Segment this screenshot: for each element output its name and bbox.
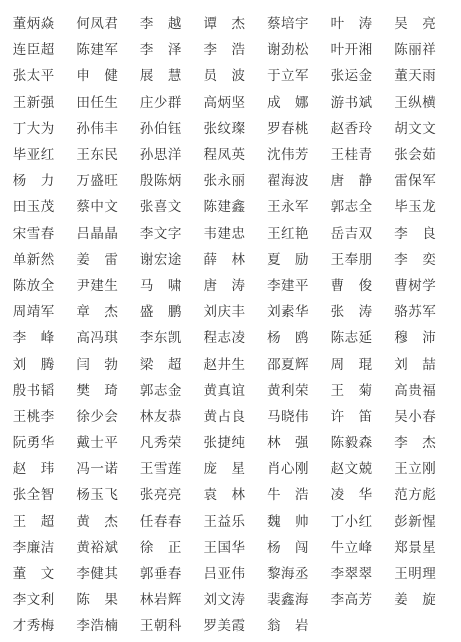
person-name: 周靖军 [2,300,66,320]
person-name: 李 杰 [383,431,447,451]
person-name: 夏 励 [256,248,320,268]
person-name: 王 菊 [320,379,384,399]
person-name: 林岩辉 [129,588,193,608]
person-name: 陈丽祥 [383,38,447,58]
person-name: 曹 俊 [320,274,384,294]
person-name: 黄裕斌 [66,536,130,556]
person-name: 黄真谊 [193,379,257,399]
person-name: 程凤英 [193,143,257,163]
person-name: 刘 喆 [383,353,447,373]
name-row: 丁大为孙伟丰孙伯钰张纹璨罗春桃赵香玲胡文文 [2,114,447,140]
person-name: 张亮亮 [129,483,193,503]
person-name: 王益乐 [193,510,257,530]
person-name: 宋雪春 [2,222,66,242]
person-name: 许 笛 [320,405,384,425]
person-name: 王纵横 [383,91,447,111]
person-name: 姜 雷 [66,248,130,268]
person-name: 穆 沛 [383,326,447,346]
person-name: 王明理 [383,562,447,582]
name-row: 张全智杨玉飞张亮亮袁 林牛 浩凌 华范方彪 [2,480,447,506]
person-name: 张太平 [2,64,66,84]
person-name: 韦建忠 [193,222,257,242]
person-name: 刘庆丰 [193,300,257,320]
name-row: 张太平申 健展 慧员 波于立军张运金董天雨 [2,61,447,87]
person-name: 裴鑫海 [256,588,320,608]
person-name: 单新然 [2,248,66,268]
person-name: 凌 华 [320,483,384,503]
person-name: 李东凯 [129,326,193,346]
person-name: 姜 旋 [383,588,447,608]
person-name: 闫 勃 [66,353,130,373]
person-name: 张 涛 [320,300,384,320]
person-name: 曹树学 [383,274,447,294]
person-name: 张运金 [320,64,384,84]
person-name: 李文利 [2,588,66,608]
name-row: 陈放全尹建生马 啸唐 涛李建平曹 俊曹树学 [2,271,447,297]
person-name: 雷保军 [383,169,447,189]
person-name: 魏 帅 [256,510,320,530]
person-name: 樊 琦 [66,379,130,399]
person-name: 殷书韬 [2,379,66,399]
person-name: 王永军 [256,195,320,215]
person-name: 王立刚 [383,457,447,477]
person-name: 吕亚伟 [193,562,257,582]
name-row: 宋雪春吕晶晶李文字韦建忠王红艳岳吉双李 良 [2,219,447,245]
person-name: 连臣超 [2,38,66,58]
person-name: 于立军 [256,64,320,84]
person-name: 陈放全 [2,274,66,294]
person-name: 王 超 [2,510,66,530]
person-name: 王雪莲 [129,457,193,477]
person-name: 徐 正 [129,536,193,556]
person-name: 肖心刚 [256,457,320,477]
name-row: 董 文李健其郭垂春吕亚伟黎海丞李翠翠王明理 [2,559,447,585]
person-name: 王红艳 [256,222,320,242]
person-name: 张捷纯 [193,431,257,451]
person-name: 唐 涛 [193,274,257,294]
person-name: 牛 浩 [256,483,320,503]
person-name: 李建平 [256,274,320,294]
name-row: 刘 腾闫 勃梁 超赵井生邵夏辉周 琨刘 喆 [2,349,447,375]
person-name: 谢宏途 [129,248,193,268]
person-name: 李 浩 [193,38,257,58]
person-name: 骆苏军 [383,300,447,320]
person-name: 程志凌 [193,326,257,346]
person-name: 王新强 [2,91,66,111]
person-name: 黄 杰 [66,510,130,530]
person-name: 田任生 [66,91,130,111]
person-name: 王朝科 [129,614,193,634]
person-name: 王桃李 [2,405,66,425]
person-name: 刘文涛 [193,588,257,608]
person-name: 周 琨 [320,353,384,373]
name-row: 李 峰高冯琪李东凯程志凌杨 鸥陈志延穆 沛 [2,323,447,349]
person-name: 叶 涛 [320,12,384,32]
person-name: 邵夏辉 [256,353,320,373]
person-name: 刘素华 [256,300,320,320]
person-name: 李廉洁 [2,536,66,556]
person-name: 李 峰 [2,326,66,346]
person-name: 梁 超 [129,353,193,373]
person-name: 叶开湘 [320,38,384,58]
person-name: 申 健 [66,64,130,84]
person-name: 赵 玮 [2,457,66,477]
person-name: 凡秀荣 [129,431,193,451]
person-name: 郭志全 [320,195,384,215]
person-name: 林友恭 [129,405,193,425]
person-name: 丁小红 [320,510,384,530]
name-list-page: 董炳焱何凤君李 越谭 杰蔡培宇叶 涛吴 亮连臣超陈建军李 泽李 浩谢劲松叶开湘陈… [0,0,461,642]
person-name: 张永丽 [193,169,257,189]
person-name: 张纹璨 [193,117,257,137]
person-name: 赵井生 [193,353,257,373]
person-name: 郭垂春 [129,562,193,582]
person-name: 黄占良 [193,405,257,425]
person-name: 员 波 [193,64,257,84]
person-name: 蔡培宇 [256,12,320,32]
person-name: 成 娜 [256,91,320,111]
person-name: 罗春桃 [256,117,320,137]
person-name: 岳吉双 [320,222,384,242]
name-row: 王 超黄 杰任春春王益乐魏 帅丁小红彭新惺 [2,507,447,533]
person-name: 郑景星 [383,536,447,556]
person-name: 谢劲松 [256,38,320,58]
person-name: 李 奕 [383,248,447,268]
person-name: 殷陈炳 [129,169,193,189]
person-name: 尹建生 [66,274,130,294]
person-name: 孙伟丰 [66,117,130,137]
person-name: 李高芳 [320,588,384,608]
person-name: 赵文兢 [320,457,384,477]
person-name: 唐 静 [320,169,384,189]
name-row: 李廉洁黄裕斌徐 正王国华杨 闯牛立峰郑景星 [2,533,447,559]
name-row: 连臣超陈建军李 泽李 浩谢劲松叶开湘陈丽祥 [2,35,447,61]
person-name: 杨 闯 [256,536,320,556]
person-name: 杨 力 [2,169,66,189]
person-name: 李浩楠 [66,614,130,634]
person-name: 庞 星 [193,457,257,477]
person-name: 彭新惺 [383,510,447,530]
name-row: 阮勇华戴士平凡秀荣张捷纯林 强陈毅森李 杰 [2,428,447,454]
person-name: 徐少会 [66,405,130,425]
person-name: 蔡中文 [66,195,130,215]
person-name: 阮勇华 [2,431,66,451]
name-row: 才秀梅李浩楠王朝科罗美霞翁 岩 [2,611,447,637]
person-name: 毕亚红 [2,143,66,163]
person-name: 罗美霞 [193,614,257,634]
person-name: 吕晶晶 [66,222,130,242]
person-name: 陈毅森 [320,431,384,451]
person-name: 何凤君 [66,12,130,32]
name-row: 田玉茂蔡中文张喜文陈建鑫王永军郭志全毕玉龙 [2,192,447,218]
person-name: 吴小春 [383,405,447,425]
person-name: 牛立峰 [320,536,384,556]
person-name: 万盛旺 [66,169,130,189]
person-name: 翟海波 [256,169,320,189]
person-name: 丁大为 [2,117,66,137]
person-name: 董天雨 [383,64,447,84]
person-name: 马晓伟 [256,405,320,425]
person-name: 李 良 [383,222,447,242]
person-name: 胡文文 [383,117,447,137]
name-row: 殷书韬樊 琦郭志金黄真谊黄利荣王 菊高贵福 [2,376,447,402]
person-name: 马 啸 [129,274,193,294]
person-name: 高炳坚 [193,91,257,111]
person-name: 黄利荣 [256,379,320,399]
person-name: 郭志金 [129,379,193,399]
person-name: 袁 林 [193,483,257,503]
person-name: 杨 鸥 [256,326,320,346]
person-name: 游书斌 [320,91,384,111]
person-name: 王桂青 [320,143,384,163]
person-name: 刘 腾 [2,353,66,373]
person-name: 王国华 [193,536,257,556]
person-name: 毕玉龙 [383,195,447,215]
person-name: 展 慧 [129,64,193,84]
name-row: 赵 玮冯一诺王雪莲庞 星肖心刚赵文兢王立刚 [2,454,447,480]
person-name: 才秀梅 [2,614,66,634]
person-name: 张会茹 [383,143,447,163]
name-row: 李文利陈 果林岩辉刘文涛裴鑫海李高芳姜 旋 [2,585,447,611]
person-name: 杨玉飞 [66,483,130,503]
person-name: 吴 亮 [383,12,447,32]
person-name: 王奉朋 [320,248,384,268]
person-name: 陈 果 [66,588,130,608]
person-name: 高贵福 [383,379,447,399]
person-name: 谭 杰 [193,12,257,32]
person-name: 黎海丞 [256,562,320,582]
name-row: 周靖军章 杰盛 鹏刘庆丰刘素华张 涛骆苏军 [2,297,447,323]
person-name: 林 强 [256,431,320,451]
person-name: 李翠翠 [320,562,384,582]
person-name: 孙思洋 [129,143,193,163]
person-name: 李健其 [66,562,130,582]
person-name: 张全智 [2,483,66,503]
person-name: 高冯琪 [66,326,130,346]
person-name: 李 泽 [129,38,193,58]
name-row: 单新然姜 雷谢宏途薛 林夏 励王奉朋李 奕 [2,245,447,271]
person-name: 孙伯钰 [129,117,193,137]
person-name: 李 越 [129,12,193,32]
person-name: 张喜文 [129,195,193,215]
person-name: 董炳焱 [2,12,66,32]
person-name: 戴士平 [66,431,130,451]
person-name: 翁 岩 [256,614,320,634]
name-row: 王新强田任生庄少群高炳坚成 娜游书斌王纵横 [2,88,447,114]
person-name: 盛 鹏 [129,300,193,320]
person-name: 冯一诺 [66,457,130,477]
name-row: 毕亚红王东民孙思洋程凤英沈伟芳王桂青张会茹 [2,140,447,166]
name-grid: 董炳焱何凤君李 越谭 杰蔡培宇叶 涛吴 亮连臣超陈建军李 泽李 浩谢劲松叶开湘陈… [2,9,447,638]
name-row: 杨 力万盛旺殷陈炳张永丽翟海波唐 静雷保军 [2,166,447,192]
person-name: 薛 林 [193,248,257,268]
person-name: 任春春 [129,510,193,530]
person-name: 庄少群 [129,91,193,111]
person-name: 章 杰 [66,300,130,320]
person-name: 董 文 [2,562,66,582]
person-name: 田玉茂 [2,195,66,215]
person-name: 王东民 [66,143,130,163]
person-name: 李文字 [129,222,193,242]
name-row: 王桃李徐少会林友恭黄占良马晓伟许 笛吴小春 [2,402,447,428]
person-name: 陈建军 [66,38,130,58]
person-name: 沈伟芳 [256,143,320,163]
person-name: 陈志延 [320,326,384,346]
name-row: 董炳焱何凤君李 越谭 杰蔡培宇叶 涛吴 亮 [2,9,447,35]
person-name: 范方彪 [383,483,447,503]
person-name: 赵香玲 [320,117,384,137]
person-name: 陈建鑫 [193,195,257,215]
